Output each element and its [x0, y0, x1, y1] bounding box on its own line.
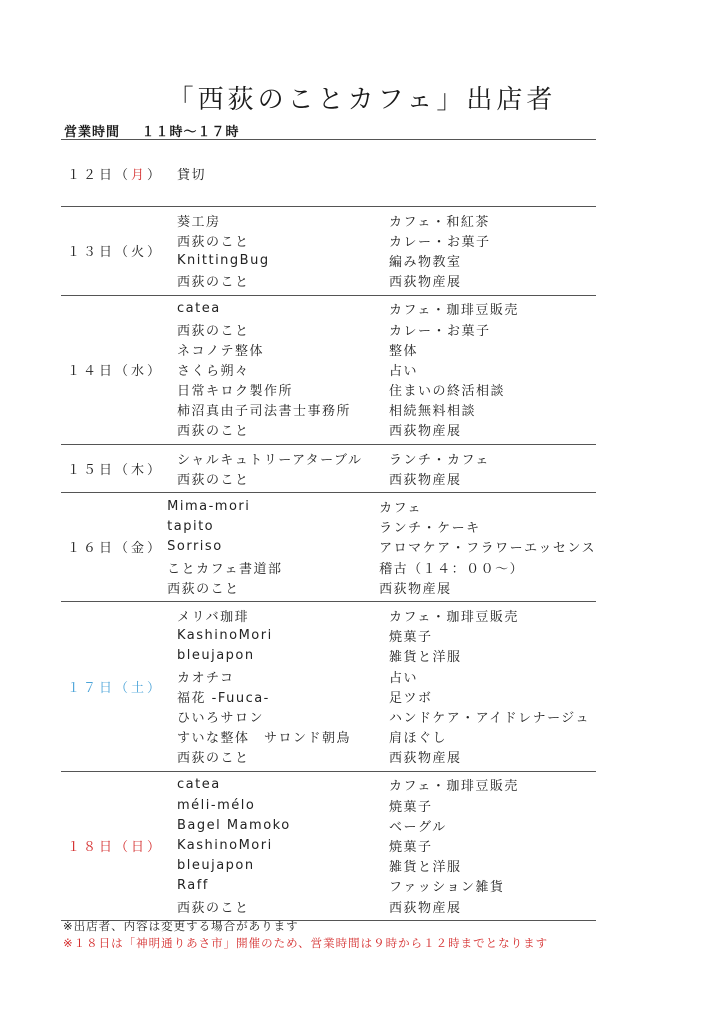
vendor-name: 貸切 — [177, 164, 389, 183]
vendor-type: カレー・お菓子 — [389, 320, 596, 339]
vendor-row: 柿沼真由子司法書士事務所相続無料相談 — [177, 400, 596, 420]
vendor-row: Bagel Mamokoベーグル — [177, 815, 596, 835]
vendor-name: 西荻のこと — [177, 271, 389, 290]
vendor-name: 日常キロク製作所 — [177, 380, 389, 399]
vendor-type: 西荻物産展 — [389, 420, 596, 439]
vendor-row: Mima-moriカフェ — [167, 496, 596, 516]
vendor-name: bleujapon — [177, 858, 389, 873]
vendor-type: カフェ・珈琲豆販売 — [389, 775, 596, 794]
vendor-name: catea — [177, 301, 389, 316]
vendor-row: 西荻のこと西荻物産展 — [177, 420, 596, 440]
vendor-type: 雑貨と洋服 — [389, 856, 596, 875]
day-block-16: １６日（金） Mima-moriカフェ tapitoランチ・ケーキ Sorris… — [61, 493, 596, 602]
vendor-type: 編み物教室 — [389, 251, 596, 270]
vendor-name: 西荻のこと — [177, 420, 389, 439]
day-block-13: １３日（火） 葵工房カフェ・和紅茶 西荻のことカレー・お菓子 KnittingB… — [61, 207, 596, 296]
vendor-type: 焼菓子 — [389, 796, 596, 815]
day-label: １７日（土） — [61, 677, 177, 696]
day-label: １６日（金） — [61, 537, 167, 556]
vendor-type: 占い — [389, 667, 596, 686]
vendor-type: 西荻物産展 — [389, 747, 596, 766]
day-block-12: １２日（月） 貸切 — [61, 140, 596, 207]
business-hours: 営業時間 １１時～１７時 — [64, 121, 240, 140]
vendor-name: 福花 -Fuuca- — [177, 687, 389, 706]
vendor-name: ことカフェ書道部 — [167, 558, 379, 577]
vendor-name: KashinoMori — [177, 838, 389, 853]
vendor-row: メリバ珈琲カフェ・珈琲豆販売 — [177, 605, 596, 625]
vendor-type: カフェ・珈琲豆販売 — [389, 299, 596, 318]
vendor-row: シャルキュトリーアターブルランチ・カフェ — [177, 448, 596, 468]
note-change-notice: ※出店者、内容は変更する場合があります — [63, 918, 548, 935]
notes: ※出店者、内容は変更する場合があります ※１８日は「神明通りあさ市」開催のため、… — [63, 918, 548, 952]
vendor-name: すいな整体 サロンド朝鳥 — [177, 727, 389, 746]
vendor-row: bleujapon雑貨と洋服 — [177, 646, 596, 666]
vendor-type: ハンドケア・アイドレナージュ — [389, 707, 596, 726]
vendor-row: KnittingBug編み物教室 — [177, 250, 596, 270]
vendor-name: さくら朔々 — [177, 360, 389, 379]
vendor-row: 西荻のこと西荻物産展 — [177, 271, 596, 291]
note-market-notice: ※１８日は「神明通りあさ市」開催のため、営業時間は９時から１２時までとなります — [63, 935, 548, 952]
vendor-row: 貸切 — [177, 140, 596, 206]
vendor-type: 相続無料相談 — [389, 400, 596, 419]
vendor-name: tapito — [167, 519, 379, 534]
vendor-list: メリバ珈琲カフェ・珈琲豆販売 KashinoMori焼菓子 bleujapon雑… — [177, 605, 596, 767]
vendor-name: bleujapon — [177, 648, 389, 663]
vendor-name: Bagel Mamoko — [177, 818, 389, 833]
vendor-row: さくら朔々占い — [177, 359, 596, 379]
schedule-table: １２日（月） 貸切 １３日（火） 葵工房カフェ・和紅茶 西荻のことカレー・お菓子… — [61, 139, 596, 921]
day-label: １４日（水） — [61, 360, 177, 379]
vendor-name: ひいろサロン — [177, 707, 389, 726]
vendor-type: 肩ほぐし — [389, 727, 596, 746]
vendor-type: カフェ・和紅茶 — [389, 211, 596, 230]
vendor-name: カオチコ — [177, 667, 389, 686]
page-title: 「西荻のことカフェ」出店者 — [0, 79, 724, 116]
weekday-holiday: 月 — [131, 168, 147, 183]
vendor-name: 西荻のこと — [177, 897, 389, 916]
day-block-17: １７日（土） メリバ珈琲カフェ・珈琲豆販売 KashinoMori焼菓子 ble… — [61, 602, 596, 772]
vendor-name: 西荻のこと — [177, 469, 389, 488]
vendor-row: 西荻のことカレー・お菓子 — [177, 230, 596, 250]
vendor-type: 足ツボ — [389, 687, 596, 706]
vendor-name: ネコノテ整体 — [177, 340, 389, 359]
vendor-row: ひいろサロンハンドケア・アイドレナージュ — [177, 706, 596, 726]
vendor-type: 整体 — [389, 340, 596, 359]
vendor-list: 貸切 — [177, 140, 596, 206]
vendor-row: cateaカフェ・珈琲豆販売 — [177, 775, 596, 795]
vendor-name: メリバ珈琲 — [177, 606, 389, 625]
vendor-type: 焼菓子 — [389, 626, 596, 645]
vendor-name: Raff — [177, 878, 389, 893]
vendor-row: ネコノテ整体整体 — [177, 339, 596, 359]
vendor-list: シャルキュトリーアターブルランチ・カフェ 西荻のこと西荻物産展 — [177, 448, 596, 488]
vendor-type: ベーグル — [389, 816, 596, 835]
day-block-14: １４日（水） cateaカフェ・珈琲豆販売 西荻のことカレー・お菓子 ネコノテ整… — [61, 296, 596, 445]
vendor-row: bleujapon雑貨と洋服 — [177, 856, 596, 876]
vendor-type: ランチ・ケーキ — [379, 517, 596, 536]
vendor-type: 焼菓子 — [389, 836, 596, 855]
vendor-row: KashinoMori焼菓子 — [177, 835, 596, 855]
vendor-type: 西荻物産展 — [379, 578, 596, 597]
vendor-type: カフェ・珈琲豆販売 — [389, 606, 596, 625]
vendor-type: 雑貨と洋服 — [389, 646, 596, 665]
business-hours-label: 営業時間 — [64, 125, 120, 140]
vendor-row: 西荻のこと西荻物産展 — [177, 468, 596, 488]
vendor-name: Sorriso — [167, 539, 379, 554]
vendor-row: KashinoMori焼菓子 — [177, 626, 596, 646]
vendor-name: 西荻のこと — [177, 320, 389, 339]
vendor-type: カレー・お菓子 — [389, 231, 596, 250]
vendor-name: 西荻のこと — [177, 231, 389, 250]
vendor-type: 西荻物産展 — [389, 271, 596, 290]
vendor-name: 葵工房 — [177, 211, 389, 230]
vendor-row: cateaカフェ・珈琲豆販売 — [177, 299, 596, 319]
vendor-list: 葵工房カフェ・和紅茶 西荻のことカレー・お菓子 KnittingBug編み物教室… — [177, 210, 596, 291]
vendor-type: アロマケア・フラワーエッセンス — [379, 537, 596, 556]
vendor-row: 西荻のこと西荻物産展 — [177, 747, 596, 767]
vendor-row: 西荻のこと西荻物産展 — [167, 577, 596, 597]
vendor-row: すいな整体 サロンド朝鳥肩ほぐし — [177, 727, 596, 747]
vendor-row: tapitoランチ・ケーキ — [167, 517, 596, 537]
vendor-name: 柿沼真由子司法書士事務所 — [177, 400, 389, 419]
vendor-row: 西荻のこと西荻物産展 — [177, 896, 596, 916]
vendor-type: 稽古（１４：００～） — [379, 558, 596, 577]
vendor-type: 西荻物産展 — [389, 897, 596, 916]
vendor-name: catea — [177, 777, 389, 792]
business-hours-value: １１時～１７時 — [142, 125, 240, 140]
day-block-18: １８日（日） cateaカフェ・珈琲豆販売 méli-mélo焼菓子 Bagel… — [61, 772, 596, 921]
vendor-list: cateaカフェ・珈琲豆販売 méli-mélo焼菓子 Bagel Mamoko… — [177, 775, 596, 916]
vendor-row: 葵工房カフェ・和紅茶 — [177, 210, 596, 230]
vendor-name: méli-mélo — [177, 798, 389, 813]
vendor-name: Mima-mori — [167, 499, 379, 514]
vendor-type: 住まいの終活相談 — [389, 380, 596, 399]
vendor-row: Sorrisoアロマケア・フラワーエッセンス — [167, 537, 596, 557]
vendor-name: 西荻のこと — [167, 578, 379, 597]
vendor-row: 福花 -Fuuca-足ツボ — [177, 686, 596, 706]
vendor-name: KashinoMori — [177, 628, 389, 643]
vendor-list: Mima-moriカフェ tapitoランチ・ケーキ Sorrisoアロマケア・… — [167, 496, 596, 597]
day-label: １８日（日） — [61, 836, 177, 855]
vendor-name: シャルキュトリーアターブル — [177, 449, 389, 468]
vendor-name: KnittingBug — [177, 253, 389, 268]
vendor-type: 西荻物産展 — [389, 469, 596, 488]
vendor-type: ファッション雑貨 — [389, 876, 596, 895]
vendor-row: カオチコ占い — [177, 666, 596, 686]
day-block-15: １５日（木） シャルキュトリーアターブルランチ・カフェ 西荻のこと西荻物産展 — [61, 445, 596, 493]
vendor-row: 日常キロク製作所住まいの終活相談 — [177, 380, 596, 400]
vendor-type: ランチ・カフェ — [389, 449, 596, 468]
vendor-type: 占い — [389, 360, 596, 379]
day-label: １２日（月） — [61, 164, 177, 183]
vendor-row: Raffファッション雑貨 — [177, 876, 596, 896]
day-label: １３日（火） — [61, 241, 177, 260]
day-label: １５日（木） — [61, 459, 177, 478]
vendor-list: cateaカフェ・珈琲豆販売 西荻のことカレー・お菓子 ネコノテ整体整体 さくら… — [177, 299, 596, 440]
vendor-row: ことカフェ書道部稽古（１４：００～） — [167, 557, 596, 577]
vendor-type: カフェ — [379, 497, 596, 516]
vendor-row: méli-mélo焼菓子 — [177, 795, 596, 815]
vendor-row: 西荻のことカレー・お菓子 — [177, 319, 596, 339]
vendor-name: 西荻のこと — [177, 747, 389, 766]
